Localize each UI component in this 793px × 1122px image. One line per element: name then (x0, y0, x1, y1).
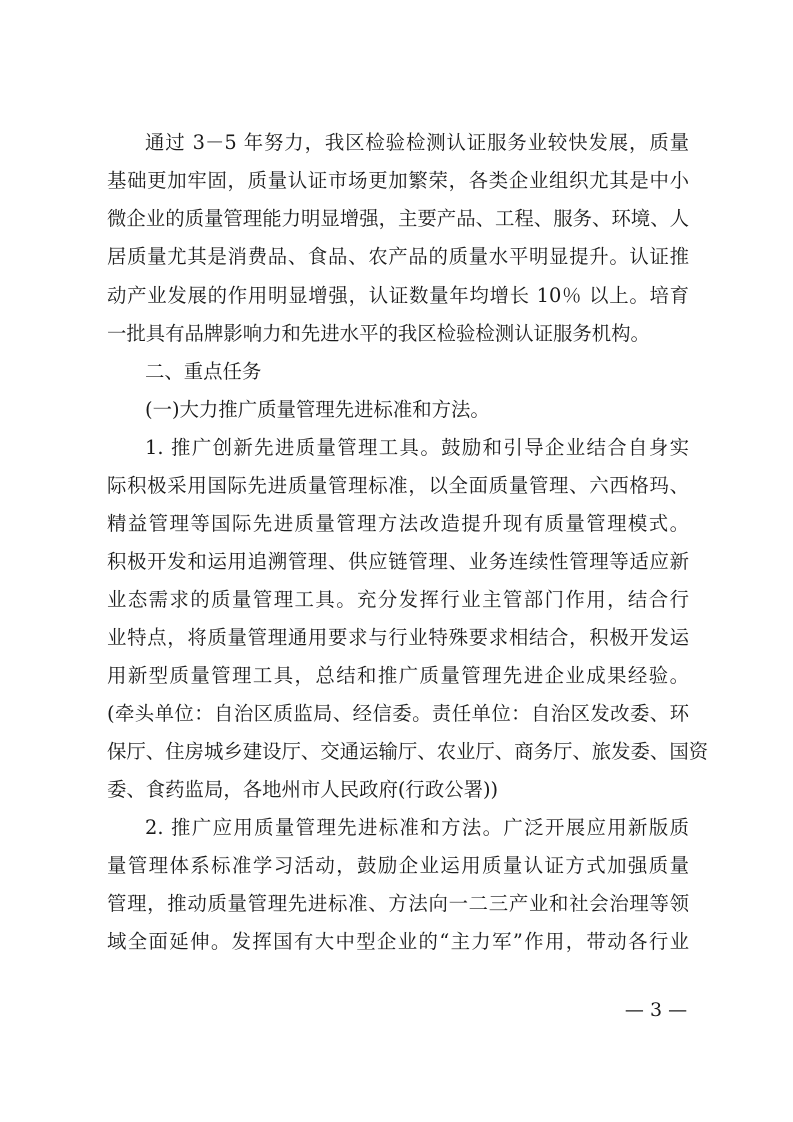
item-2-line-1: 2. 推广应用质量管理先进标准和方法。广泛开展应用新版质 (145, 813, 689, 843)
item-2-line-2: 量管理体系标准学习活动，鼓励企业运用质量认证方式加强质量 (107, 851, 689, 881)
item-2-line-3: 管理，推动质量管理先进标准、方法向一二三产业和社会治理等领 (107, 889, 689, 919)
body-line-6: 一批具有品牌影响力和先进水平的我区检验检测认证服务机构。 (107, 319, 689, 349)
item-1-line-10: 委、食药监局，各地州市人民政府(行政公署)) (107, 775, 689, 805)
item-1-line-3: 精益管理等国际先进质量管理方法改造提升现有质量管理模式。 (107, 509, 689, 539)
item-1-line-1: 1. 推广创新先进质量管理工具。鼓励和引导企业结合自身实 (145, 433, 689, 463)
item-2-line-4: 域全面延伸。发挥国有大中型企业的“主力军”作用，带动各行业 (107, 927, 689, 957)
body-line-5: 动产业发展的作用明显增强，认证数量年均增长 10％ 以上。培育 (107, 281, 689, 311)
body-line-4: 居质量尤其是消费品、食品、农产品的质量水平明显提升。认证推 (107, 242, 689, 272)
item-1-line-8: (牵头单位：自治区质监局、经信委。责任单位：自治区发改委、环 (107, 699, 689, 729)
document-page: 通过 3－5 年努力，我区检验检测认证服务业较快发展，质量 基础更加牢固，质量认… (0, 0, 793, 1122)
item-1-line-7: 用新型质量管理工具，总结和推广质量管理先进企业成果经验。 (107, 661, 689, 691)
body-line-1: 通过 3－5 年努力，我区检验检测认证服务业较快发展，质量 (145, 128, 689, 158)
item-1-line-2: 际积极采用国际先进质量管理标准，以全面质量管理、六西格玛、 (107, 471, 689, 501)
subsection-heading: (一)大力推广质量管理先进标准和方法。 (145, 395, 689, 425)
item-1-line-9: 保厅、住房城乡建设厅、交通运输厅、农业厅、商务厅、旅发委、国资 (107, 737, 689, 767)
body-line-2: 基础更加牢固，质量认证市场更加繁荣，各类企业组织尤其是中小 (107, 166, 689, 196)
page-number: — 3 — (620, 995, 692, 1025)
item-1-line-4: 积极开发和运用追溯管理、供应链管理、业务连续性管理等适应新 (107, 547, 689, 577)
body-line-3: 微企业的质量管理能力明显增强，主要产品、工程、服务、环境、人 (107, 204, 689, 234)
item-1-line-5: 业态需求的质量管理工具。充分发挥行业主管部门作用，结合行 (107, 585, 689, 615)
item-1-line-6: 业特点，将质量管理通用要求与行业特殊要求相结合，积极开发运 (107, 623, 689, 653)
section-heading: 二、重点任务 (145, 357, 689, 387)
